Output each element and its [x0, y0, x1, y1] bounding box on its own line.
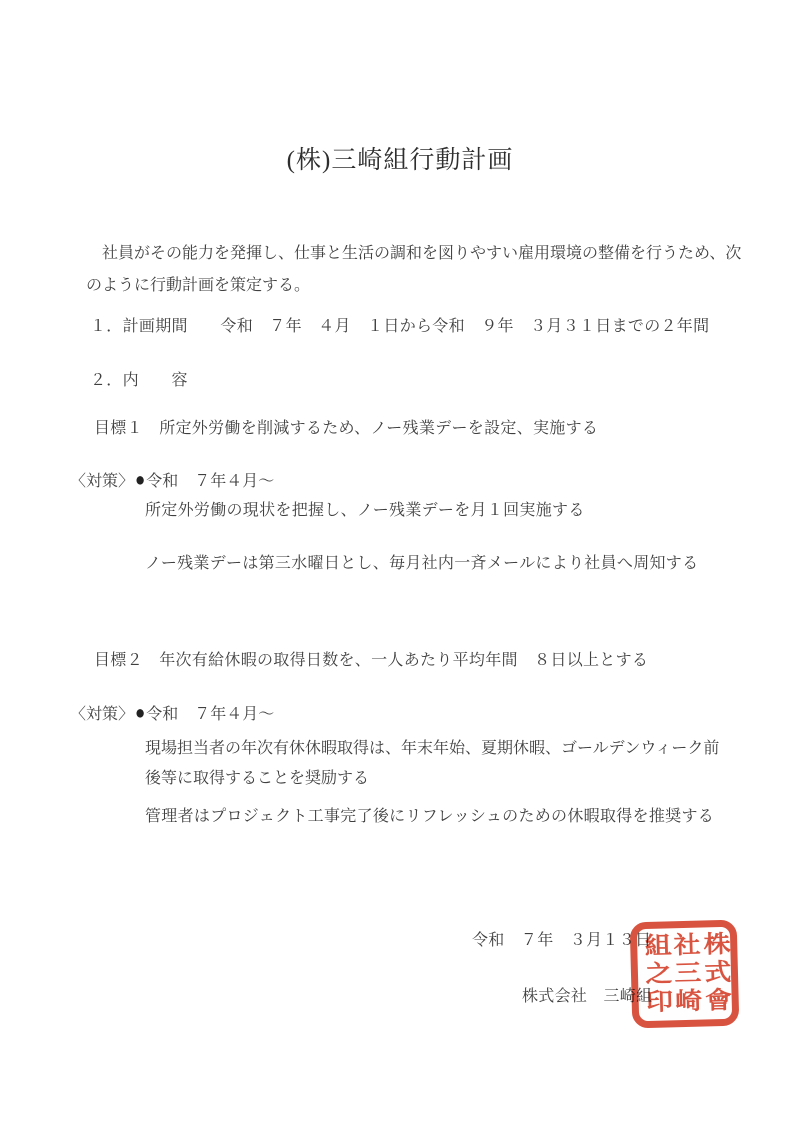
plan-period-line: １．計画期間 令和 ７年 ４月 １日から令和 ９年 ３月３１日までの２年間 — [90, 316, 709, 338]
goal1-measure-row: 〈対策〉 ● 令和 ７年４月～ — [70, 468, 274, 491]
goal2-measure-period: 令和 ７年４月～ — [146, 701, 274, 724]
goal1-heading: 目標１ 所定外労働を削減するため、ノー残業デーを設定、実施する — [94, 418, 598, 440]
goal2-detail-line: 後等に取得することを奨励する — [145, 764, 745, 794]
company-seal: 株式會 社三崎 組之印 — [630, 920, 740, 1029]
intro-line: のように行動計画を策定する。 — [86, 270, 756, 302]
measures-label: 〈対策〉 — [70, 701, 134, 724]
document-title: (株)三崎組行動計画 — [0, 140, 800, 176]
goal2-detail-paragraph: 現場担当者の年次有休休暇取得は、年末年始、夏期休暇、ゴールデンウィーク前 後等に… — [145, 734, 745, 794]
seal-column: 組之印 — [640, 932, 669, 1017]
intro-paragraph: 社員がその能力を発揮し、仕事と生活の調和を図りやすい雇用環境の整備を行うため、次… — [86, 238, 756, 302]
intro-line: 社員がその能力を発揮し、仕事と生活の調和を図りやすい雇用環境の整備を行うため、次 — [86, 238, 756, 270]
goal2-detail-line: 管理者はプロジェクト工事完了後にリフレッシュのための休暇取得を推奨する — [145, 806, 714, 828]
goal1-measure-period: 令和 ７年４月～ — [146, 468, 274, 491]
scanned-document-page: (株)三崎組行動計画 社員がその能力を発揮し、仕事と生活の調和を図りやすい雇用環… — [0, 0, 800, 1131]
seal-column: 株式會 — [700, 931, 729, 1016]
goal2-measure-row: 〈対策〉 ● 令和 ７年４月～ — [70, 701, 274, 724]
seal-column: 社三崎 — [670, 932, 699, 1017]
bullet-icon: ● — [135, 701, 145, 724]
goal1-detail-line: ノー残業デーは第三水曜日とし、毎月社内一斉メールにより社員へ周知する — [145, 553, 698, 575]
goal1-detail-line: 所定外労働の現状を把握し、ノー残業デーを月１回実施する — [145, 500, 585, 522]
measures-label: 〈対策〉 — [70, 468, 134, 491]
goal2-heading: 目標２ 年次有給休暇の取得日数を、一人あたり平均年間 ８日以上とする — [94, 650, 648, 672]
contents-heading: ２．内 容 — [90, 370, 188, 392]
footer-date: 令和 ７年 ３月１３日 — [472, 930, 651, 952]
goal2-detail-line: 現場担当者の年次有休休暇取得は、年末年始、夏期休暇、ゴールデンウィーク前 — [145, 734, 745, 764]
bullet-icon: ● — [135, 468, 145, 491]
